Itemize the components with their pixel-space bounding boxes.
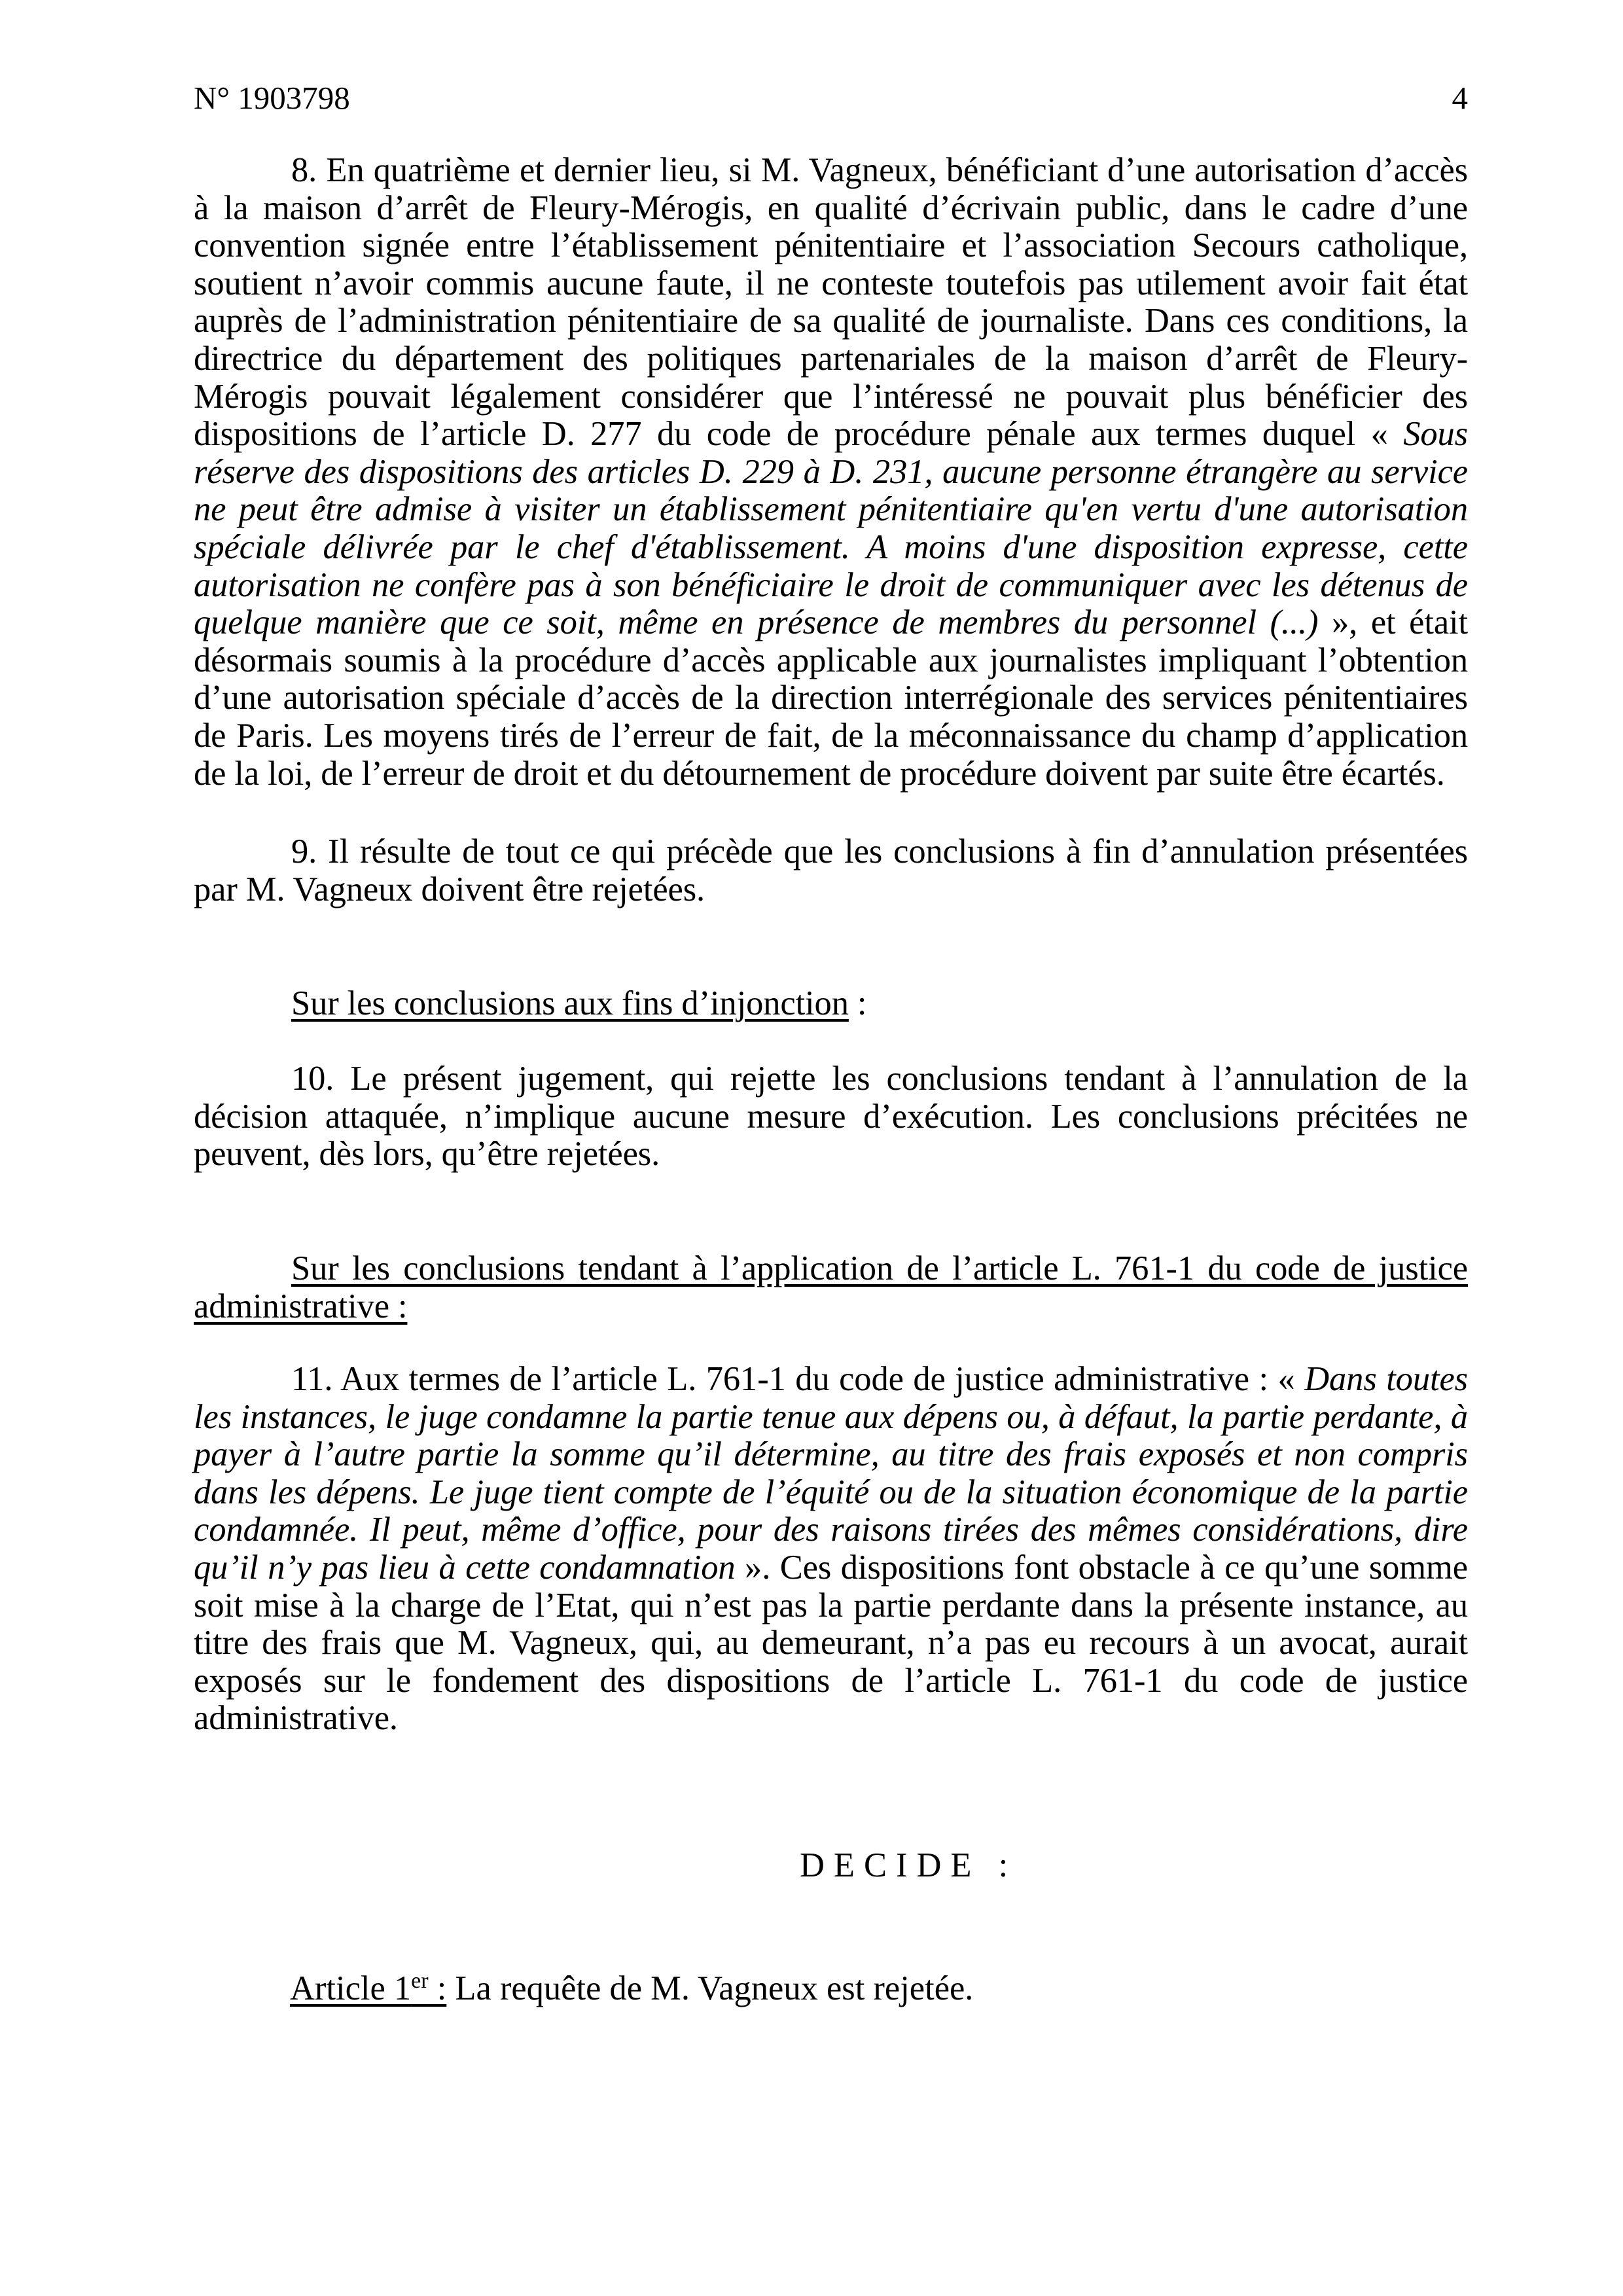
article-1: Article 1er : La requête de M. Vagneux e…: [290, 1969, 973, 2008]
paragraph-11: 11. Aux termes de l’article L. 761-1 du …: [194, 1361, 1468, 1738]
page-number: 4: [1452, 79, 1469, 118]
case-number: N° 1903798: [194, 79, 350, 118]
section-heading-injonction-colon: :: [849, 984, 867, 1022]
paragraph-10: 10. Le présent jugement, qui rejette les…: [194, 1060, 1468, 1174]
article-1-label-colon: :: [429, 1969, 447, 2007]
document-page: N° 1903798 4 8. En quatrième et dernier …: [0, 0, 1623, 2296]
section-heading-injonction: Sur les conclusions aux fins d’injonctio…: [194, 985, 1468, 1023]
article-1-label: Article 1er :: [290, 1969, 446, 2007]
paragraph-11-text-a: 11. Aux termes de l’article L. 761-1 du …: [291, 1360, 1304, 1398]
section-heading-article-l761-1: Sur les conclusions tendant à l’applicat…: [194, 1250, 1468, 1325]
paragraph-8-text-a: 8. En quatrième et dernier lieu, si M. V…: [194, 151, 1468, 453]
article-1-label-superscript: er: [411, 1969, 428, 1993]
paragraph-9: 9. Il résulte de tout ce qui précède que…: [194, 833, 1468, 908]
article-1-label-text: Article 1: [290, 1969, 411, 2007]
decision-title: DECIDE :: [800, 1846, 1017, 1885]
article-1-text: La requête de M. Vagneux est rejetée.: [446, 1969, 973, 2007]
page-header: N° 1903798 4: [194, 79, 1468, 118]
section-heading-injonction-title: Sur les conclusions aux fins d’injonctio…: [291, 984, 849, 1022]
paragraph-8: 8. En quatrième et dernier lieu, si M. V…: [194, 152, 1468, 793]
section-heading-article-l761-1-title: Sur les conclusions tendant à l’applicat…: [194, 1249, 1468, 1325]
